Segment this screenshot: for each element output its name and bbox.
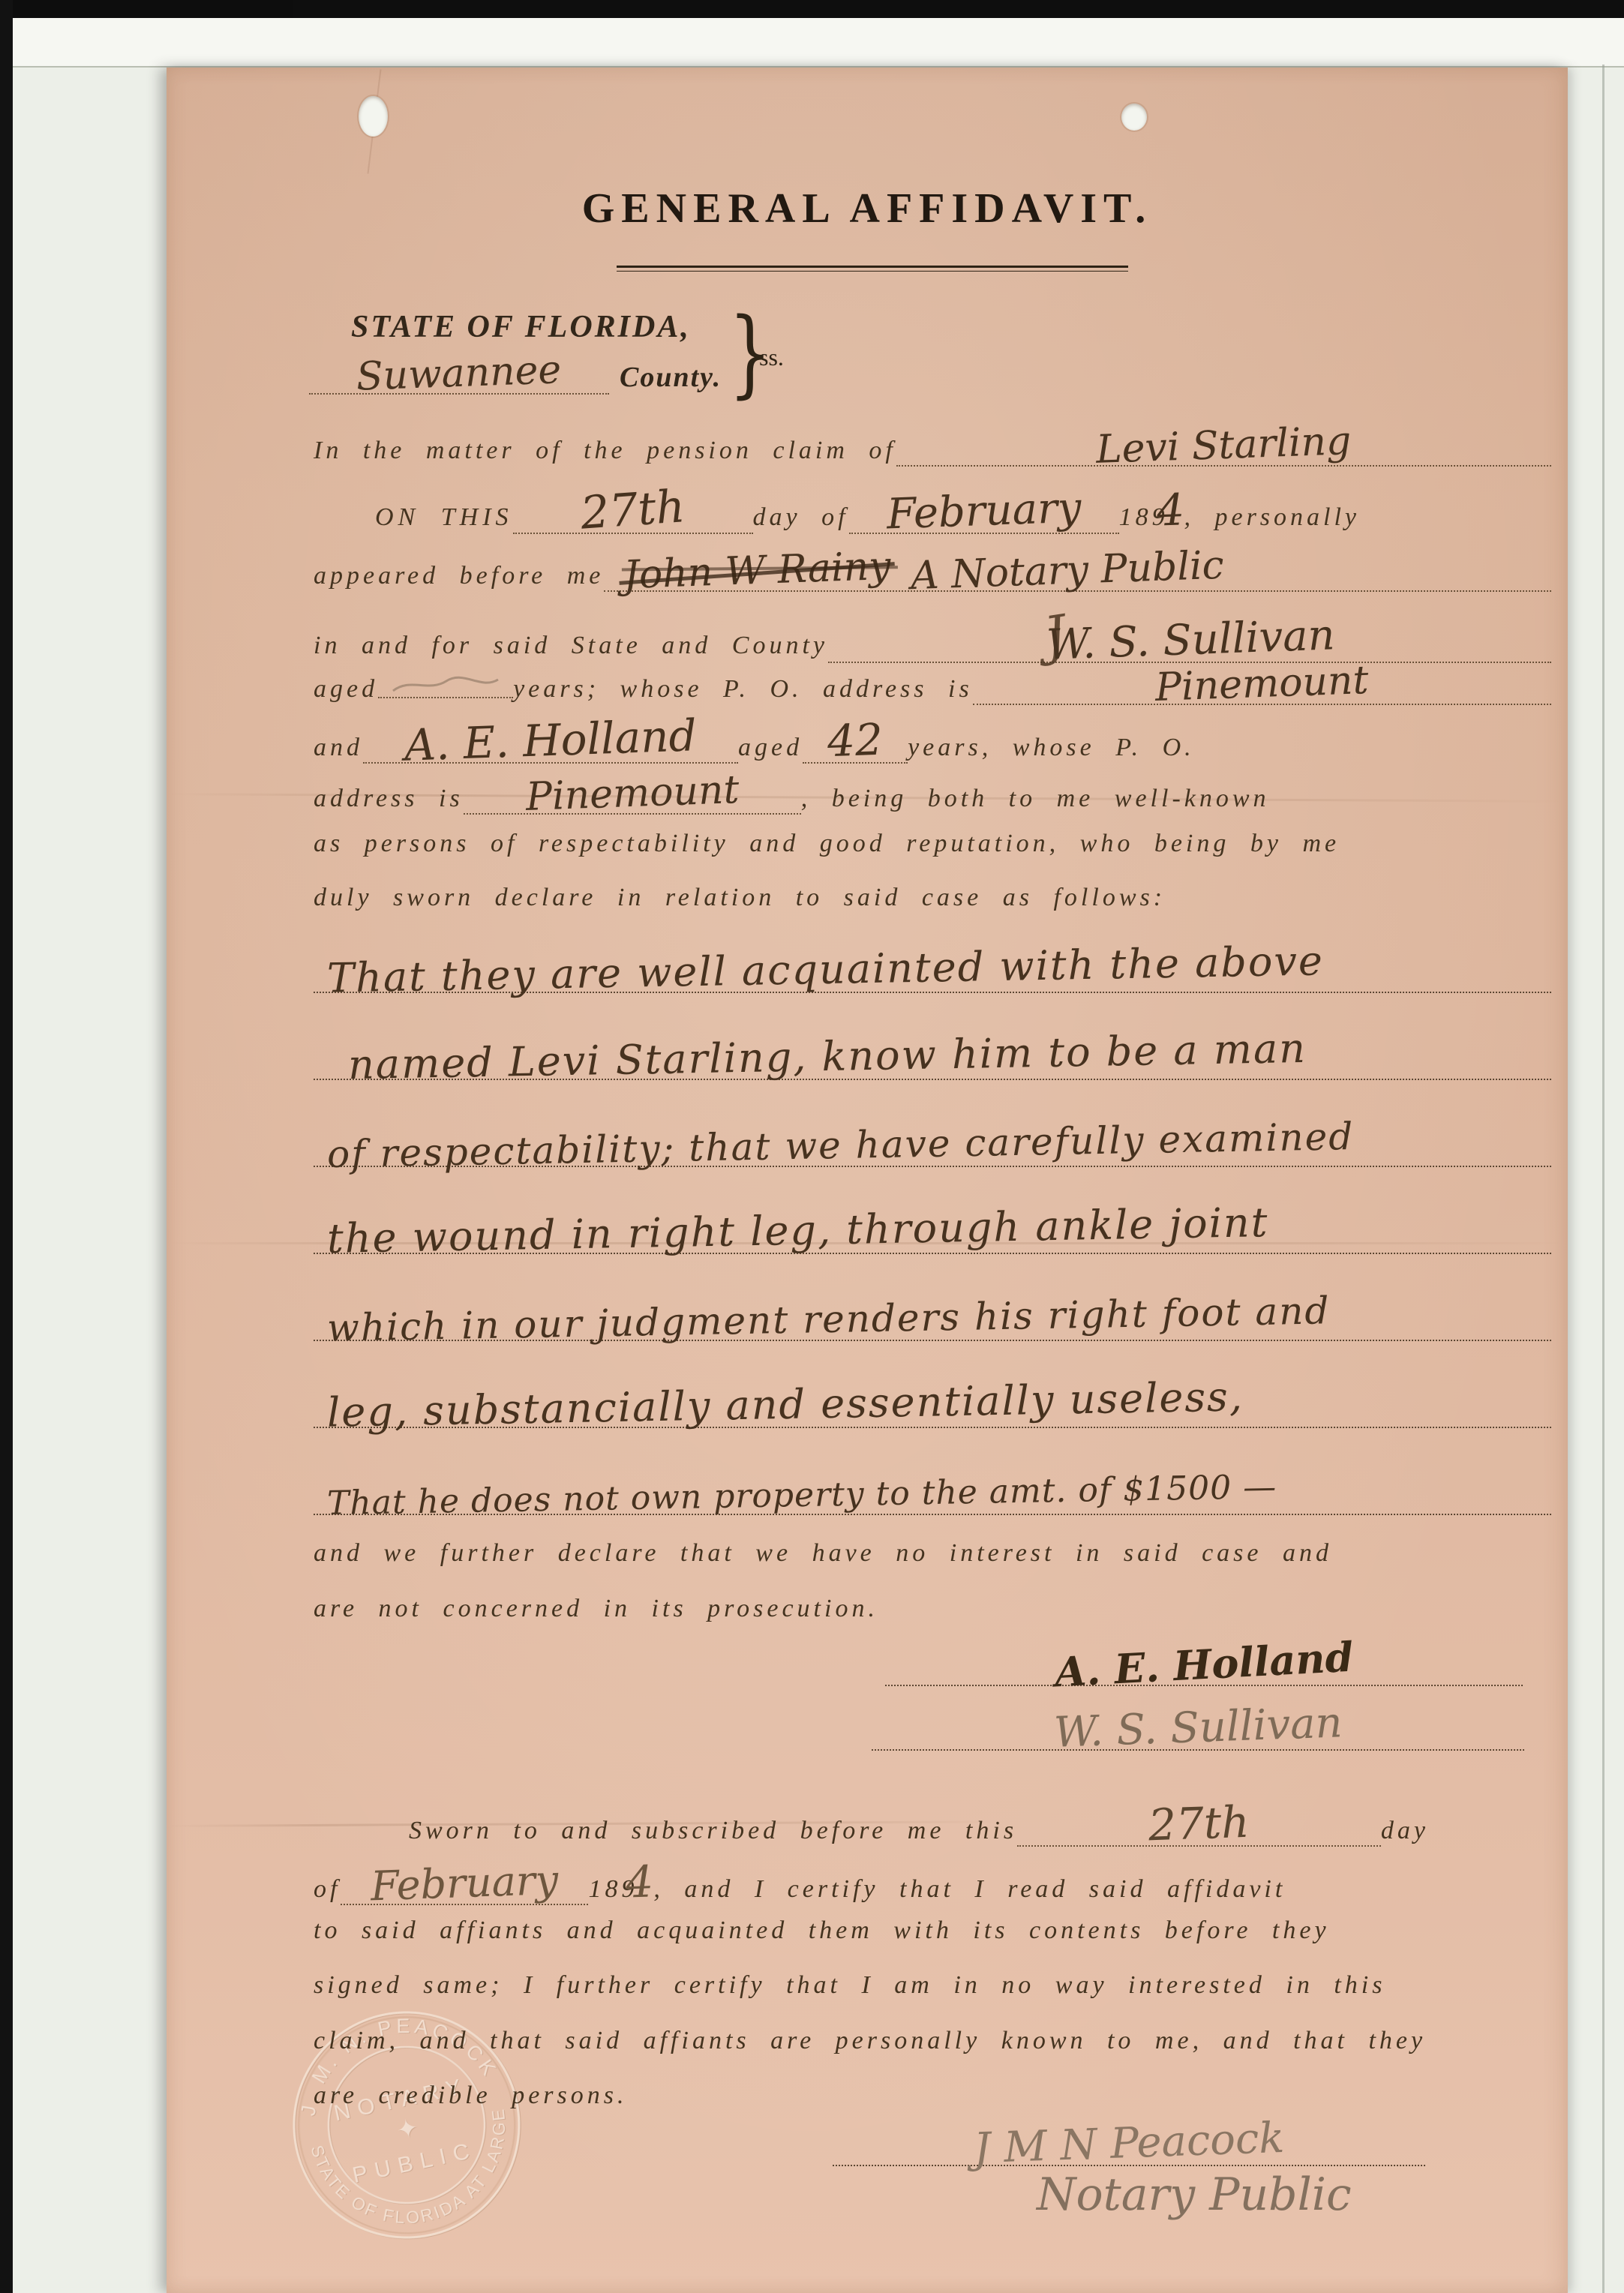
statement-line: which in our judgment renders his right …: [314, 1278, 1551, 1341]
matter-line: In the matter of the pension claim of Le…: [314, 426, 1551, 467]
notary-signature: J M N Peacock: [973, 2117, 1285, 2170]
certify-line-0: , and I certify that I read said affidav…: [653, 1875, 1286, 1904]
of-label: of: [314, 1875, 341, 1904]
age1-blank: [378, 668, 513, 698]
notary-signature-line: J M N Peacock: [833, 2102, 1425, 2166]
jurat-month-line: of February 189 4 , and I certify that I…: [314, 1860, 1551, 1905]
title-rule: [617, 266, 1128, 272]
affiant2-signature-line: W. S. Sullivan: [872, 1697, 1524, 1751]
witness2-line: and A. E. Holland aged 42 years, whose P…: [314, 719, 1551, 764]
as-persons-text: as persons of respectability and good re…: [314, 830, 1340, 858]
affiant1-signature-line: A. E. Holland: [885, 1632, 1523, 1686]
certify-text: to said affiants and acquainted them wit…: [314, 1916, 1330, 1945]
jurat-day-blank: 27th: [1017, 1802, 1381, 1847]
duly-sworn-line: duly sworn declare in relation to said c…: [314, 884, 1166, 912]
witness2-name-blank: A. E. Holland: [363, 719, 738, 764]
punch-hole: [359, 96, 388, 137]
address2-line: address is Pinemount , being both to me …: [314, 774, 1551, 815]
crossed-out-name-handwritten: John W Rainy: [623, 547, 892, 595]
aged2-label: aged: [738, 734, 803, 762]
date-line: ON THIS 27th day of February 189 4 , per…: [375, 488, 1551, 534]
duly-sworn-text: duly sworn declare in relation to said c…: [314, 884, 1166, 912]
jurat-month-blank: February: [341, 1863, 588, 1905]
county-handwritten: Suwannee: [356, 350, 563, 397]
claimant-blank: Levi Starling: [896, 426, 1551, 467]
certify-text: claim, and that said affiants are person…: [314, 2027, 1426, 2055]
not-concerned-text: are not concerned in its prosecution.: [314, 1595, 878, 1623]
ss-label: ss.: [759, 344, 784, 371]
age2-blank: 42: [803, 719, 908, 764]
not-concerned-line: are not concerned in its prosecution.: [314, 1595, 878, 1623]
address-is-label: address is: [314, 785, 464, 813]
po2-handwritten: Pinemount: [525, 770, 740, 817]
sworn-prefix: Sworn to and subscribed before me this: [409, 1817, 1017, 1845]
statement-line: of respectability; that we have carefull…: [314, 1104, 1551, 1167]
witness1-name-handwritten: W. S. Sullivan: [1046, 614, 1335, 666]
statement-text: leg, substancially and essentially usele…: [327, 1376, 1244, 1433]
month-handwritten: February: [886, 487, 1082, 536]
claimant-name-handwritten: Levi Starling: [1095, 422, 1352, 470]
certify-line: to said affiants and acquainted them wit…: [314, 1916, 1330, 1945]
aged1-line: aged years; whose P. O. address is Pinem…: [314, 665, 1551, 705]
statement-text: of respectability; that we have carefull…: [327, 1118, 1355, 1173]
statement-text: named Levi Starling, know him to be a ma…: [348, 1028, 1307, 1085]
and-label: and: [314, 734, 363, 762]
certify-text: signed same; I further certify that I am…: [314, 1971, 1385, 2000]
statement-text: which in our judgment renders his right …: [327, 1292, 1331, 1346]
jurat-month-handwritten: February: [371, 1860, 560, 1907]
backing-edge-line: [1602, 65, 1604, 2293]
statement-text: the wound in right leg, through ankle jo…: [327, 1202, 1269, 1259]
county-label: County.: [620, 361, 722, 394]
po2-blank: Pinemount: [464, 774, 801, 815]
affiant2-signature: W. S. Sullivan: [1053, 1702, 1343, 1754]
certify-text: are credible persons.: [314, 2081, 627, 2110]
in-and-for-line: in and for said State and County J W. S.…: [314, 609, 1551, 663]
statement-text: That they are well acquainted with the a…: [327, 941, 1325, 998]
certify-line: are credible persons.: [314, 2081, 627, 2110]
further-declare-line: and we further declare that we have no i…: [314, 1539, 1332, 1568]
certify-line: claim, and that said affiants are person…: [314, 2027, 1426, 2055]
po1-handwritten: Pinemount: [1154, 661, 1369, 707]
jurat-day-handwritten: 27th: [1148, 1800, 1250, 1847]
personally-label: , personally: [1184, 503, 1360, 532]
years-po2-label: years, whose P. O.: [908, 734, 1195, 762]
on-this-label: ON THIS: [375, 503, 513, 532]
statement-text: That he does not own property to the amt…: [327, 1471, 1277, 1520]
notary-title-text: Notary Public: [1037, 2168, 1352, 2221]
a-notary-public-handwritten: A Notary Public: [910, 546, 1224, 596]
statement-line: That he does not own property to the amt…: [314, 1452, 1551, 1515]
statement-line: That they are well acquainted with the a…: [314, 930, 1551, 993]
statement-line: the wound in right leg, through ankle jo…: [314, 1191, 1551, 1254]
being-both-label: , being both to me well-known: [801, 785, 1270, 813]
sworn-line: Sworn to and subscribed before me this 2…: [409, 1802, 1429, 1847]
document-title: GENERAL AFFIDAVIT.: [167, 185, 1568, 233]
county-blank: Suwannee: [309, 354, 609, 395]
jurat-year-digit-handwritten: 4: [625, 1859, 654, 1904]
notary-embossed-seal: J. M. N. PEACOCK STATE OF FLORIDA AT LAR…: [260, 1978, 553, 2271]
year-digit-handwritten: 4: [1156, 488, 1185, 532]
affidavit-page: J. M. N. PEACOCK STATE OF FLORIDA AT LAR…: [167, 68, 1568, 2293]
aged1-label: aged: [314, 675, 378, 704]
in-and-for-label: in and for said State and County: [314, 632, 828, 660]
seal-star-icon: ✦: [394, 2113, 421, 2145]
certify-line: signed same; I further certify that I am…: [314, 1971, 1385, 2000]
notary-name-blank: John W Rainy A Notary Public: [604, 551, 1551, 592]
day-blank: 27th: [513, 488, 753, 534]
po1-blank: Pinemount: [973, 665, 1551, 705]
day-of-label: day of: [753, 503, 849, 532]
appeared-before-label: appeared before me: [314, 562, 604, 590]
notary-title-handwritten: Notary Public: [1037, 2172, 1352, 2217]
seal-public-word: PUBLIC: [350, 2138, 479, 2188]
state-label: STATE OF FLORIDA,: [351, 309, 691, 345]
pencil-scribble: [389, 671, 502, 697]
scanner-frame-left: [0, 0, 13, 2293]
appeared-line: appeared before me John W Rainy A Notary…: [314, 551, 1551, 592]
punch-hole: [1121, 104, 1147, 131]
further-declare-text: and we further declare that we have no i…: [314, 1539, 1332, 1568]
statement-line: leg, substancially and essentially usele…: [314, 1365, 1551, 1428]
age2-handwritten: 42: [827, 718, 884, 764]
matter-prefix: In the matter of the pension claim of: [314, 437, 896, 465]
years-po1-label: years; whose P. O. address is: [513, 675, 973, 704]
backing-strip: [13, 18, 1624, 68]
affiant1-signature: A. E. Holland: [1054, 1637, 1355, 1693]
jurat-day-label: day: [1381, 1817, 1429, 1845]
day-handwritten: 27th: [579, 484, 686, 536]
statement-line: named Levi Starling, know him to be a ma…: [314, 1017, 1551, 1080]
month-blank: February: [849, 491, 1119, 534]
witness1-blank: J W. S. Sullivan: [828, 609, 1551, 663]
as-persons-line: as persons of respectability and good re…: [314, 830, 1340, 858]
county-line: Suwannee County.: [309, 354, 722, 395]
witness2-name-handwritten: A. E. Holland: [404, 713, 697, 767]
